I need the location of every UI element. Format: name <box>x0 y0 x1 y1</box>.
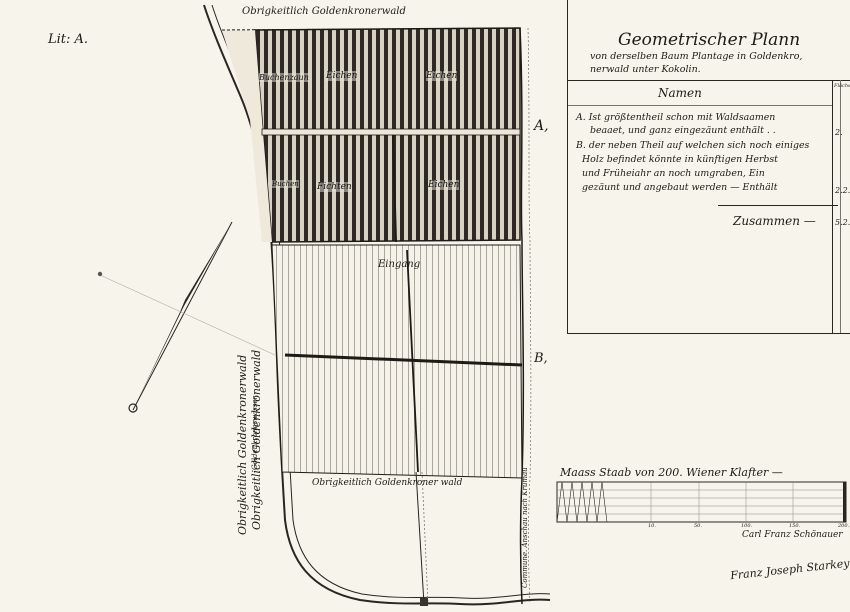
marker-b: B, <box>534 351 548 366</box>
parcel-label-6: Eichen <box>428 180 459 190</box>
legend-title: Geometrischer Plann <box>618 30 800 50</box>
legend-total-value: 5.2. <box>835 218 850 227</box>
label-bottom-forest: Obrigkeitlich Goldenkroner wald <box>312 478 462 488</box>
scale-tick-200: 200. <box>838 523 849 529</box>
legend-header-divider <box>568 105 832 106</box>
legend-subtitle-2: nerwald unter Kokolin. <box>590 64 701 75</box>
label-top-forest: Obrigkeitlich Goldenkronerwald <box>242 6 406 17</box>
sheet-marker: Lit: A. <box>48 32 88 47</box>
parcel-label-5: Fichten <box>317 182 352 192</box>
legend-entry-b-line3: und Früheiahr an noch umgraben, Ein <box>582 168 765 179</box>
legend-entry-b-line1: B. der neben Theil auf welchen sich noch… <box>576 140 809 151</box>
legend-column-divider <box>832 80 833 333</box>
parcel-label-3: Eichen <box>426 71 457 81</box>
legend-table: Geometrischer Plann von derselben Baum P… <box>567 0 850 334</box>
label-right-commune: Commune. Anschau nach Krumau <box>521 467 529 588</box>
scale-tick-10: 10. <box>648 523 656 529</box>
scale-tick-100: 100. <box>741 523 752 529</box>
legend-entry-a-line1: A. Ist größtentheil schon mit Waldsaamen <box>576 112 775 123</box>
legend-column-header: Namen <box>658 86 702 100</box>
marker-a: A, <box>534 118 549 134</box>
label-left-forest-vertical: Obrigkeitlich Goldenkronerwald <box>236 355 249 535</box>
parcel-label-1: Buchenzaun <box>259 73 309 82</box>
legend-value-header: Flächeninhalt <box>834 83 850 89</box>
surveyor-name: Carl Franz Schönauer <box>742 530 843 540</box>
label-left-water: Goldenkronerwasser <box>251 396 259 470</box>
legend-sum-line <box>718 205 838 206</box>
legend-value-b: 2.2. <box>835 186 850 195</box>
label-entrance: Eingang <box>378 259 420 270</box>
legend-value-a: 2. <box>835 128 843 137</box>
scale-bar-title: Maass Staab von 200. Wiener Klafter — <box>560 466 783 479</box>
legend-column-divider-2 <box>840 80 841 333</box>
legend-total-label: Zusammen — <box>733 214 816 228</box>
legend-entry-b-line4: gezäunt und angebaut werden — Enthält <box>582 182 778 193</box>
parcel-label-4: Buchen <box>272 180 299 188</box>
scale-tick-50: 50. <box>694 523 702 529</box>
legend-subtitle-1: von derselben Baum Plantage in Goldenkro… <box>590 51 802 62</box>
legend-entry-b-line2: Holz befindet könnte in künftigen Herbst <box>582 154 778 165</box>
scale-tick-150: 150. <box>789 523 800 529</box>
legend-divider <box>568 80 850 81</box>
parcel-label-2: Eichen <box>326 71 357 81</box>
legend-entry-a-line2: beaaet, und ganz eingezäunt enthält . . <box>590 125 776 136</box>
